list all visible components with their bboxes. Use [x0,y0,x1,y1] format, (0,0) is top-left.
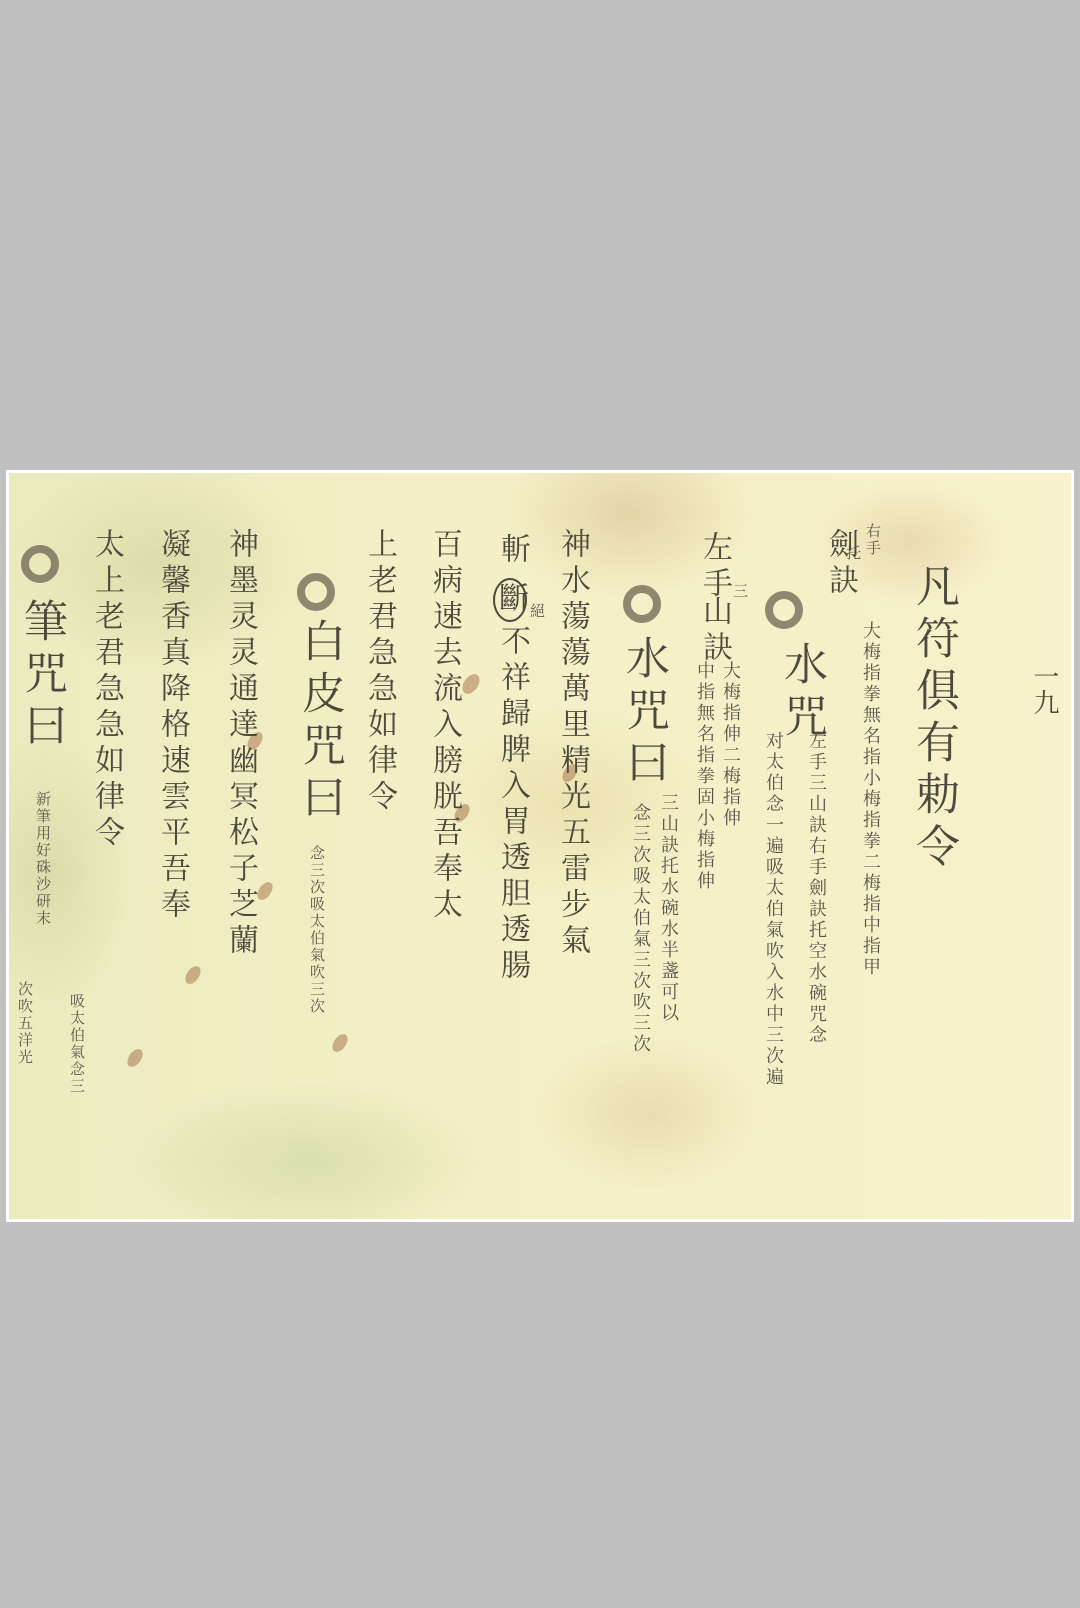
white-mantra-line-1: 神墨灵灵通達幽冥松子芝蘭 [225,528,255,960]
water-mantra-note-2: 念三次吸太伯氣三次吹三次 [631,803,649,1055]
manuscript-page: 一九 凡符俱有勅令 右手 托 劍訣 大梅指拳無名指小梅指拳二梅指中指甲 水咒 左… [9,473,1071,1219]
white-mantra-heading: 白皮咒曰 [297,618,341,826]
page-frame: 一九 凡符俱有勅令 右手 托 劍訣 大梅指拳無名指小梅指拳二梅指中指甲 水咒 左… [6,470,1074,1222]
brush-mantra-instruction-3: 吸太伯氣念三 [69,993,84,1095]
three-mountain-instruction-1: 大梅指伸二梅指伸 [721,661,739,829]
white-mantra-instruction: 念三次吸太伯氣吹三次 [309,845,324,1015]
water-mantra-note-1: 三山訣托水碗水半盞可以 [659,793,677,1024]
three-mountain-heading: 山訣 [699,595,729,667]
three-mountain-prefix: 左手 [699,531,729,603]
water-mantra-title: 水咒曰 [621,635,665,791]
mantra-line-3: 百病速去流入膀胱吾奉太 [429,528,459,924]
white-mantra-line-3: 太上老君急急如律令 [91,528,121,852]
circled-duan: 斷 [493,578,527,622]
three-mountain-instruction-2: 中指無名指拳固小梅指伸 [695,661,713,892]
sword-instruction: 大梅指拳無名指小梅指拳二梅指中指甲 [861,621,879,978]
brush-mantra-heading: 筆咒曰 [19,598,63,754]
ink-stain [124,1046,145,1069]
ring-marker-icon [623,585,661,623]
ring-marker-icon [297,573,335,611]
document-viewer: 一九 凡符俱有勅令 右手 托 劍訣 大梅指拳無名指小梅指拳二梅指中指甲 水咒 左… [0,0,1080,1608]
sword-heading: 劍訣 [825,528,855,600]
ink-stain [329,1031,350,1054]
mantra-line-2-start: 斬 [497,533,527,569]
circled-note: 絕 [529,603,544,620]
mantra-line-1: 神水蕩蕩萬里精光五雷步氣 [557,528,587,960]
ring-marker-icon [765,591,803,629]
ink-stain [459,671,483,697]
mantra-line-4: 上老君急急如律令 [364,528,394,816]
brush-mantra-instruction-1: 新筆用好硃沙研末 [35,791,50,927]
white-mantra-line-2: 凝馨香真降格速雲平吾奉 [157,528,187,924]
mantra-line-2: 不祥歸脾入胃透胆透腸 [497,625,527,985]
brush-mantra-instruction-2: 次吹五洋光 [17,981,32,1066]
ring-marker-icon [21,545,59,583]
circled-char: 斷 [493,578,527,622]
page-title: 凡符俱有勅令 [911,563,955,875]
three-mountain-note: 三 [732,583,747,600]
page-number: 一九 [1026,663,1063,715]
water-mantra-instruction-1: 左手三山訣右手劍訣托空水碗咒念 [807,731,825,1046]
sword-note-right-hand: 右手 [865,523,880,557]
water-mantra-instruction-2: 对太伯念一遍吸太伯氣吹入水中三次遍 [764,731,782,1088]
ink-stain [182,963,203,986]
water-mantra-heading: 水咒 [779,641,823,745]
